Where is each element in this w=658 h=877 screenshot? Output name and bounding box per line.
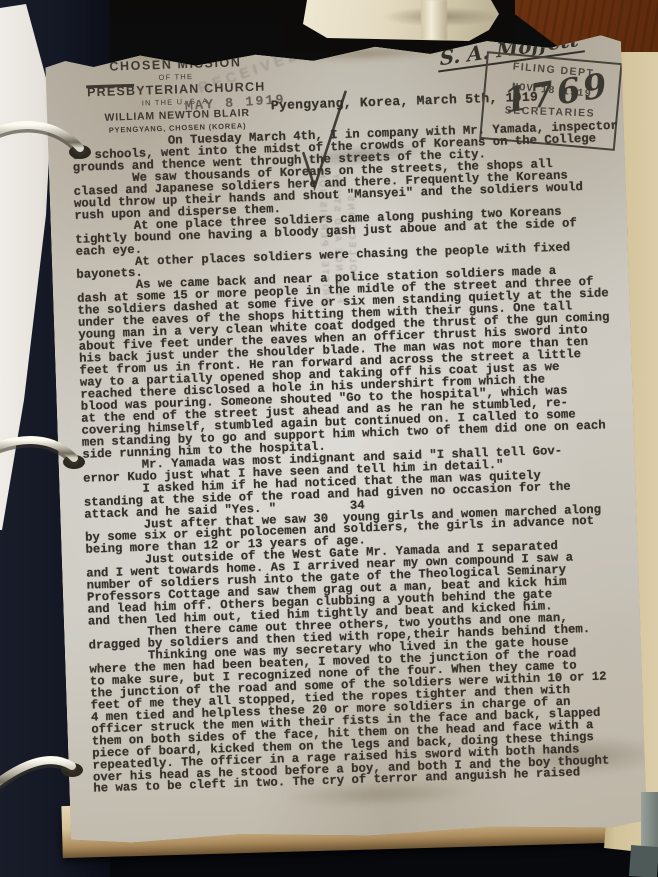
binder-ring-icon <box>0 738 100 804</box>
binder-ring-icon <box>0 425 100 487</box>
document-page: CHOSEN MISSION OF THE PRESBYTERIAN CHURC… <box>45 35 647 846</box>
letter-body: On Tuesday March 4th, I in company with … <box>72 121 640 796</box>
photo-scene: f n h s id . tu ne ha d I I y il h ne g)… <box>0 0 658 877</box>
desk-object-corner <box>629 845 658 877</box>
mounted-photo <box>293 0 505 42</box>
photo-detail <box>421 0 447 40</box>
desk-object-edge <box>641 792 658 854</box>
binder-ring-icon <box>0 112 100 174</box>
letter-body-text: On Tuesday March 4th, I in company with … <box>72 121 640 796</box>
